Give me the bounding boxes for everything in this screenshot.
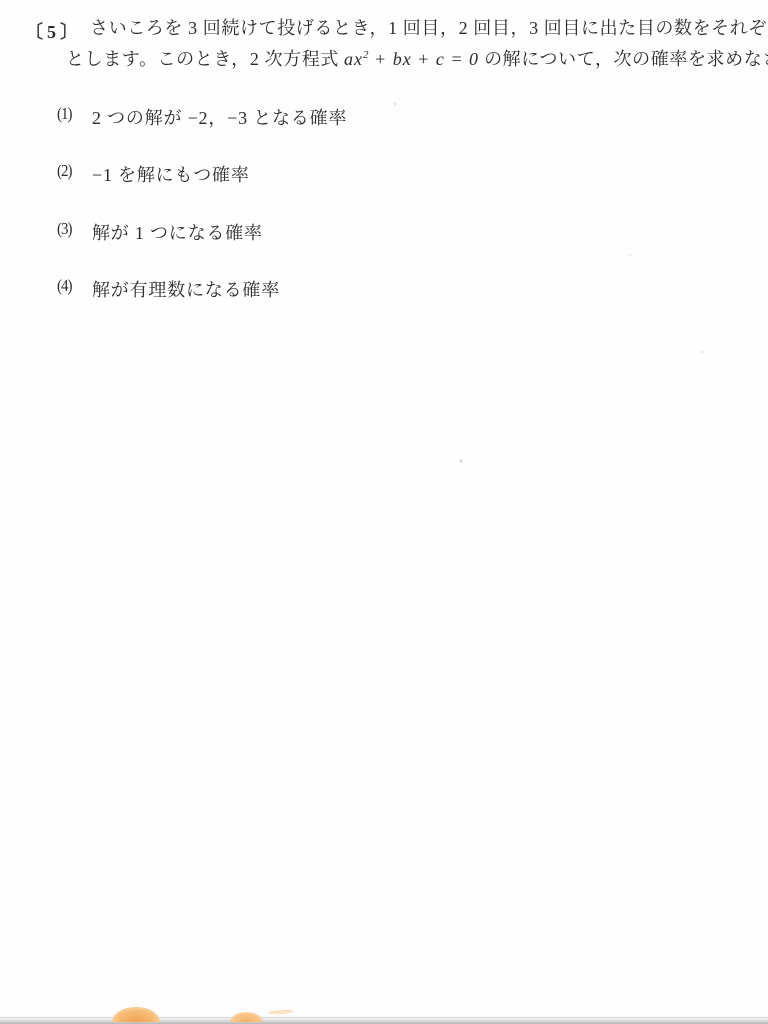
problem-statement-line1: さいころを 3 回続けて投げるとき，1 回目，2 回目，3 回目に出た目の数をそ… <box>90 19 768 37</box>
question-4-text: 解が有理数になる確率 <box>92 276 280 302</box>
equation-tail: + bx + c = 0 <box>369 49 479 69</box>
question-3-text: 解が 1 つになる確率 <box>92 219 263 245</box>
orange-artifact-right <box>230 1012 263 1022</box>
problem-number: 〔5〕 <box>25 18 82 44</box>
question-2-text: −1 を解にもつ確率 <box>92 161 250 187</box>
equation-lead: ax <box>344 49 363 69</box>
question-1-text: 2 つの解が −2，−3 となる確率 <box>92 104 347 130</box>
question-1-number: (1) <box>57 105 72 125</box>
question-2-number: (2) <box>57 162 72 182</box>
orange-artifact-left <box>112 1007 160 1022</box>
quadratic-equation: ax2 + bx + c = 0 <box>344 49 479 69</box>
question-3-number: (3) <box>57 220 72 240</box>
problem-statement-line2: とします。このとき，2 次方程式 ax2 + bx + c = 0 の解について… <box>66 50 768 68</box>
statement-text-3: の解について，次の確率を求めなさい。 <box>479 49 768 69</box>
scanned-exam-page: 〔5〕 さいころを 3 回続けて投げるとき，1 回目，2 回目，3 回目に出た目… <box>0 0 768 1024</box>
statement-text-2: とします。このとき，2 次方程式 <box>66 49 344 69</box>
question-4-number: (4) <box>57 277 72 297</box>
statement-text-1: さいころを 3 回続けて投げるとき，1 回目，2 回目，3 回目に出た目の数をそ… <box>90 18 768 38</box>
